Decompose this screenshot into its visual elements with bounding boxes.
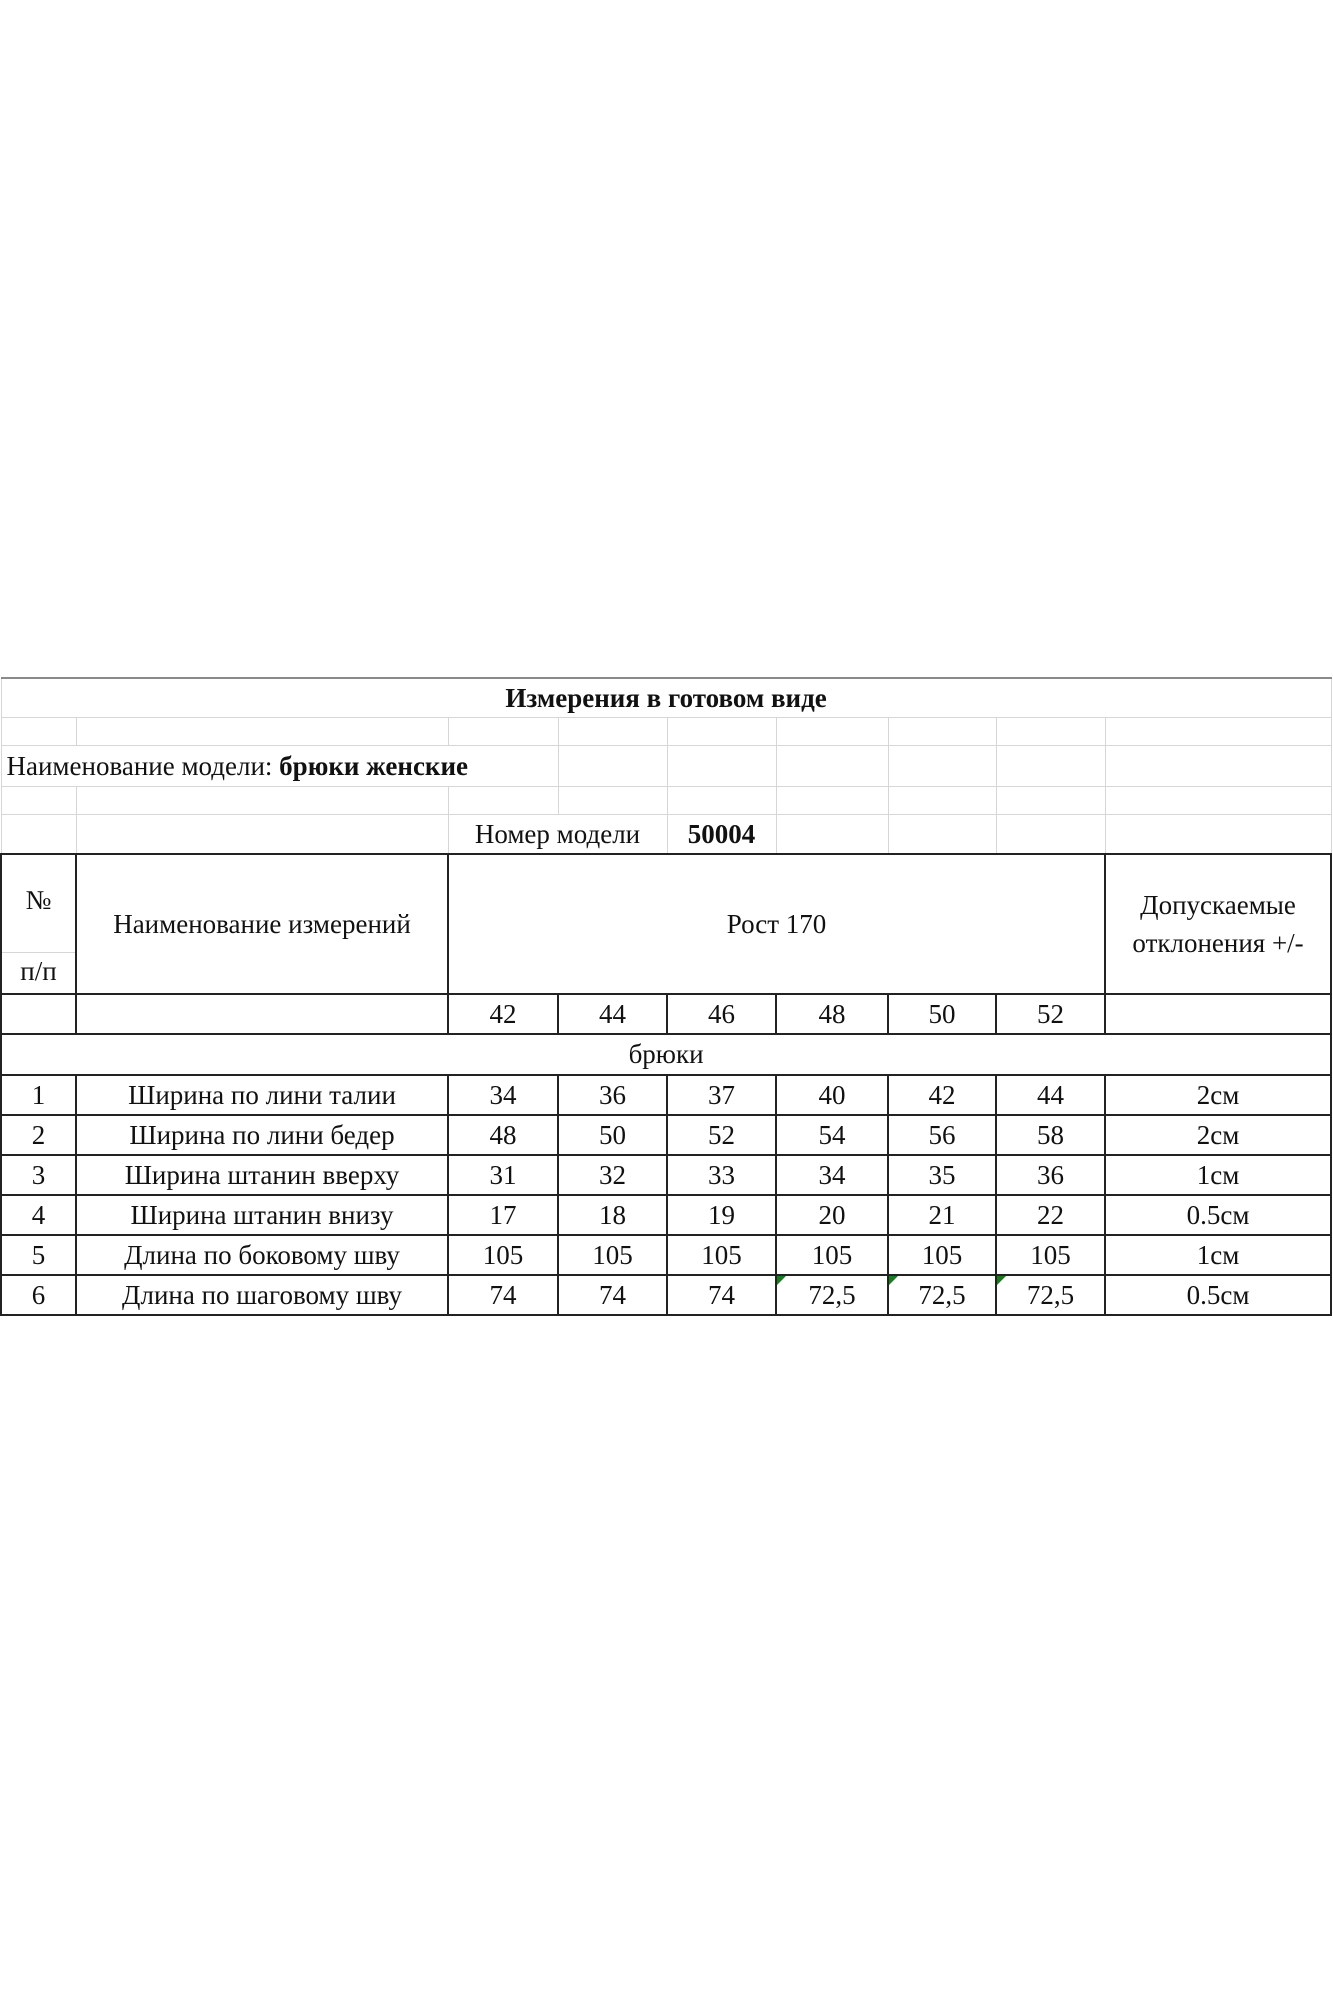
row-number: 6	[1, 1275, 76, 1315]
section-label: брюки	[1, 1034, 1331, 1075]
header-height: Рост 170	[448, 854, 1105, 994]
empty-cell[interactable]	[776, 718, 888, 746]
table-row: 1 Ширина по лини талии 34 36 37 40 42 44…	[1, 1075, 1331, 1115]
size-cell: 50	[888, 994, 996, 1034]
sheet-title: Измерения в готовом виде	[1, 678, 1331, 718]
empty-cell[interactable]	[448, 787, 558, 815]
row-value[interactable]: 72,5	[888, 1275, 996, 1315]
row-number: 1	[1, 1075, 76, 1115]
row-value[interactable]: 52	[667, 1115, 776, 1155]
data-rows: 1 Ширина по лини талии 34 36 37 40 42 44…	[1, 1075, 1331, 1315]
row-value[interactable]: 20	[776, 1195, 888, 1235]
row-number: 5	[1, 1235, 76, 1275]
empty-cell[interactable]	[1105, 994, 1331, 1034]
empty-cell[interactable]	[996, 718, 1105, 746]
empty-cell[interactable]	[76, 994, 448, 1034]
divider	[2, 952, 75, 953]
empty-cell[interactable]	[76, 718, 448, 746]
empty-cell[interactable]	[776, 746, 888, 787]
model-name-value: брюки женские	[279, 751, 468, 781]
header-number: № п/п	[1, 854, 76, 994]
empty-cell[interactable]	[888, 815, 996, 855]
row-value[interactable]: 74	[558, 1275, 667, 1315]
row-value[interactable]: 74	[667, 1275, 776, 1315]
row-value[interactable]: 35	[888, 1155, 996, 1195]
row-measurement-name: Ширина штанин внизу	[76, 1195, 448, 1235]
empty-cell[interactable]	[448, 718, 558, 746]
empty-cell[interactable]	[667, 746, 776, 787]
row-value[interactable]: 22	[996, 1195, 1105, 1235]
size-cell: 48	[776, 994, 888, 1034]
empty-cell[interactable]	[888, 787, 996, 815]
row-value[interactable]: 34	[448, 1075, 558, 1115]
row-value[interactable]: 72,5	[776, 1275, 888, 1315]
table-row: 4 Ширина штанин внизу 17 18 19 20 21 22 …	[1, 1195, 1331, 1235]
empty-cell[interactable]	[1, 787, 76, 815]
empty-cell[interactable]	[996, 815, 1105, 855]
header-number-abbr: п/п	[2, 956, 75, 987]
empty-cell[interactable]	[1105, 787, 1331, 815]
row-value[interactable]: 72,5	[996, 1275, 1105, 1315]
row-value[interactable]: 56	[888, 1115, 996, 1155]
row-value[interactable]: 105	[888, 1235, 996, 1275]
row-tolerance: 2см	[1105, 1115, 1331, 1155]
empty-cell[interactable]	[76, 787, 448, 815]
row-value[interactable]: 40	[776, 1075, 888, 1115]
measurement-sheet: Измерения в готовом виде Наименование мо…	[0, 677, 1333, 1316]
empty-cell[interactable]	[1, 815, 76, 855]
row-number: 2	[1, 1115, 76, 1155]
empty-cell[interactable]	[667, 787, 776, 815]
row-value[interactable]: 21	[888, 1195, 996, 1235]
row-tolerance: 0.5см	[1105, 1275, 1331, 1315]
table-row: 6 Длина по шаговому шву 74 74 74 72,5 72…	[1, 1275, 1331, 1315]
row-tolerance: 1см	[1105, 1235, 1331, 1275]
row-measurement-name: Ширина по лини бедер	[76, 1115, 448, 1155]
row-value[interactable]: 19	[667, 1195, 776, 1235]
row-value[interactable]: 37	[667, 1075, 776, 1115]
row-value[interactable]: 31	[448, 1155, 558, 1195]
empty-cell[interactable]	[776, 815, 888, 855]
table-row: 2 Ширина по лини бедер 48 50 52 54 56 58…	[1, 1115, 1331, 1155]
row-measurement-name: Ширина штанин вверху	[76, 1155, 448, 1195]
empty-cell[interactable]	[996, 746, 1105, 787]
row-value[interactable]: 48	[448, 1115, 558, 1155]
header-number-symbol: №	[2, 885, 75, 916]
table-row: 3 Ширина штанин вверху 31 32 33 34 35 36…	[1, 1155, 1331, 1195]
empty-cell[interactable]	[558, 787, 667, 815]
size-cell: 42	[448, 994, 558, 1034]
empty-cell[interactable]	[558, 718, 667, 746]
table-row: 5 Длина по боковому шву 105 105 105 105 …	[1, 1235, 1331, 1275]
row-tolerance: 0.5см	[1105, 1195, 1331, 1235]
empty-cell[interactable]	[1105, 746, 1331, 787]
header-measurement-name: Наименование измерений	[76, 854, 448, 994]
row-value[interactable]: 105	[667, 1235, 776, 1275]
empty-cell[interactable]	[1105, 718, 1331, 746]
row-number: 3	[1, 1155, 76, 1195]
empty-cell[interactable]	[667, 718, 776, 746]
empty-cell[interactable]	[1, 718, 76, 746]
model-name-label: Наименование модели:	[7, 751, 273, 781]
row-value[interactable]: 18	[558, 1195, 667, 1235]
empty-cell[interactable]	[888, 718, 996, 746]
empty-cell[interactable]	[776, 787, 888, 815]
row-value[interactable]: 50	[558, 1115, 667, 1155]
size-cell: 52	[996, 994, 1105, 1034]
row-value[interactable]: 105	[776, 1235, 888, 1275]
row-measurement-name: Ширина по лини талии	[76, 1075, 448, 1115]
empty-cell[interactable]	[996, 787, 1105, 815]
row-measurement-name: Длина по шаговому шву	[76, 1275, 448, 1315]
model-number-label: Номер модели	[448, 815, 667, 855]
row-value[interactable]: 32	[558, 1155, 667, 1195]
row-value[interactable]: 105	[996, 1235, 1105, 1275]
measurement-table: Измерения в готовом виде Наименование мо…	[0, 677, 1332, 1316]
row-tolerance: 1см	[1105, 1155, 1331, 1195]
row-value[interactable]: 36	[558, 1075, 667, 1115]
empty-cell[interactable]	[76, 815, 448, 855]
row-value[interactable]: 36	[996, 1155, 1105, 1195]
error-indicator-icon[interactable]	[777, 1276, 786, 1285]
row-value[interactable]: 105	[558, 1235, 667, 1275]
error-indicator-icon[interactable]	[889, 1276, 898, 1285]
row-value[interactable]: 42	[888, 1075, 996, 1115]
size-cell: 46	[667, 994, 776, 1034]
empty-cell[interactable]	[1, 994, 76, 1034]
row-value[interactable]: 54	[776, 1115, 888, 1155]
row-value[interactable]: 105	[448, 1235, 558, 1275]
row-measurement-name: Длина по боковому шву	[76, 1235, 448, 1275]
empty-cell[interactable]	[1105, 815, 1331, 855]
row-number: 4	[1, 1195, 76, 1235]
model-number-value: 50004	[667, 815, 776, 855]
row-value[interactable]: 74	[448, 1275, 558, 1315]
model-name-cell[interactable]: Наименование модели: брюки женские	[1, 746, 558, 787]
row-value[interactable]: 44	[996, 1075, 1105, 1115]
row-value[interactable]: 58	[996, 1115, 1105, 1155]
error-indicator-icon[interactable]	[997, 1276, 1006, 1285]
row-value[interactable]: 33	[667, 1155, 776, 1195]
row-tolerance: 2см	[1105, 1075, 1331, 1115]
row-value[interactable]: 17	[448, 1195, 558, 1235]
empty-cell[interactable]	[558, 746, 667, 787]
empty-cell[interactable]	[888, 746, 996, 787]
header-tolerance: Допускаемые отклонения +/-	[1105, 854, 1331, 994]
size-cell: 44	[558, 994, 667, 1034]
row-value[interactable]: 34	[776, 1155, 888, 1195]
